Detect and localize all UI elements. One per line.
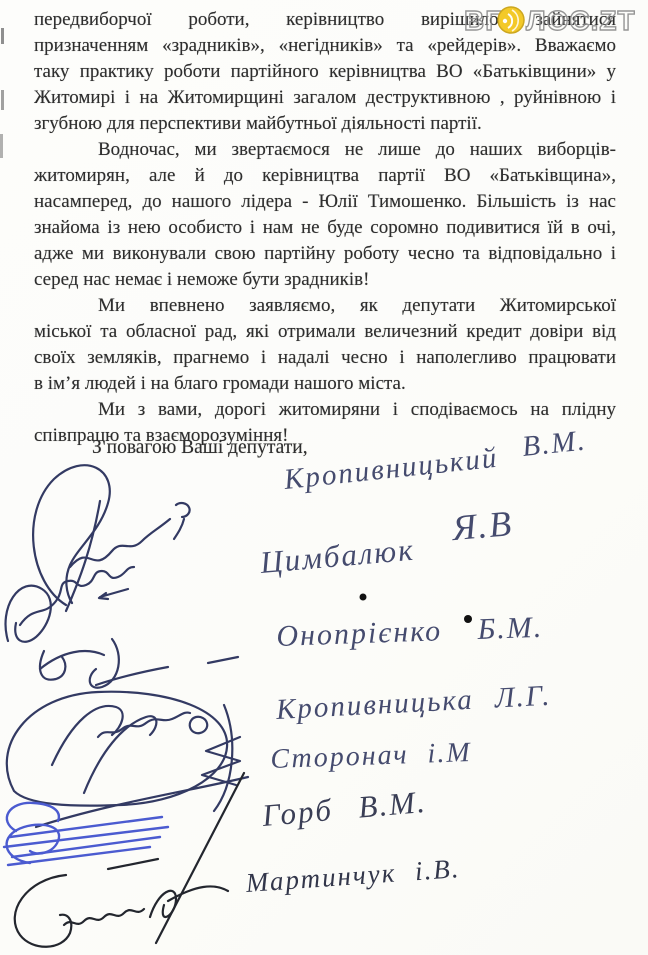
closing-line: З повагою Ваші депутати, bbox=[92, 437, 308, 459]
scan-artifact bbox=[1, 28, 4, 44]
signature-scribble-5 bbox=[108, 859, 158, 869]
document-line: Житомирі і на Житомирщині загалом дестру… bbox=[34, 85, 616, 111]
document-line: своїх земляків, прагнемо і надалі чесно … bbox=[34, 345, 616, 371]
signature-scribble-3 bbox=[40, 651, 104, 669]
signature-initials: і.М bbox=[427, 737, 472, 771]
watermark-text-suffix: ЛОС.ZT bbox=[526, 5, 636, 36]
signature-scribble-1 bbox=[33, 465, 110, 605]
signature-scribble-4 bbox=[214, 705, 232, 811]
document-line: Водночас, ми звертаємося не лише до наши… bbox=[34, 137, 616, 163]
letter-body: передвиборчої роботи, керівництво виріши… bbox=[34, 7, 616, 449]
signature-initials: Б.М. bbox=[477, 611, 544, 647]
signature-surname: Онопрієнко bbox=[276, 614, 443, 654]
signature-scribble-5 bbox=[156, 773, 244, 943]
document-line: серед нас немає і неможе бути зрадників! bbox=[34, 267, 616, 293]
signature-scribble-1 bbox=[66, 501, 100, 611]
sound-waves-icon bbox=[498, 7, 524, 33]
handwritten-signature-5: Сторонач і.М bbox=[270, 737, 472, 776]
document-line: знайома із нею особисто і нам не буде со… bbox=[34, 215, 616, 241]
signature-scribble-5 bbox=[150, 891, 176, 917]
signature-scribble-3 bbox=[208, 657, 238, 663]
document-line: Ми з вами, дорогі житомиряни і сподіваєм… bbox=[34, 397, 616, 423]
signature-scribble-5 bbox=[15, 875, 72, 947]
signature-surname: Мартинчук bbox=[245, 858, 397, 899]
signature-initials: Л.Г. bbox=[494, 680, 552, 716]
signature-scribble-2 bbox=[6, 586, 51, 642]
watermark-text-prefix: ВГ bbox=[464, 5, 502, 36]
signature-scribble-4 bbox=[84, 716, 156, 793]
signature-scribble-2 bbox=[20, 567, 134, 625]
document-line: таку практику роботи партійного керівниц… bbox=[34, 59, 616, 85]
signature-surname: Кропивницький bbox=[283, 442, 500, 497]
signature-scribble-5 bbox=[168, 886, 228, 901]
scanned-letter-page: передвиборчої роботи, керівництво виріши… bbox=[0, 0, 648, 955]
signature-surname: Кропивницька bbox=[275, 684, 474, 727]
document-line: в ім’я людей і на благо громади нашого м… bbox=[34, 371, 616, 397]
signature-scribble-blue bbox=[8, 847, 150, 865]
handwritten-signature-3: Онопрієнко Б.М. bbox=[276, 611, 544, 654]
handwritten-signature-2: Цимбалюк Я.В bbox=[258, 518, 516, 582]
signature-initials: Я.В bbox=[451, 502, 515, 549]
signature-initials: В.М. bbox=[357, 784, 428, 826]
signature-scribble-5 bbox=[64, 909, 144, 925]
handwritten-signature-6: Горб В.М. bbox=[261, 784, 428, 834]
document-line: насамперед, до нашого лідера - Юлії Тимо… bbox=[34, 189, 616, 215]
signature-scribble-4 bbox=[190, 717, 207, 733]
signature-scribble-2 bbox=[99, 589, 128, 599]
signature-scribble-3 bbox=[40, 651, 65, 680]
signature-surname: Сторонач bbox=[270, 739, 409, 776]
signature-scribble-1 bbox=[174, 519, 184, 539]
signature-scribble-blue bbox=[7, 825, 60, 863]
scan-artifact bbox=[1, 90, 4, 110]
handwritten-signature-4: Кропивницька Л.Г. bbox=[275, 680, 552, 727]
document-line: Ми впевнено заявляємо, як депутати Житом… bbox=[34, 293, 616, 319]
watermark: ВГ ЛОС.ZT bbox=[462, 2, 648, 40]
scan-artifact bbox=[0, 134, 3, 158]
signature-surname: Горб bbox=[261, 792, 334, 834]
signature-scribble-4 bbox=[202, 737, 240, 785]
signature-scribble-4 bbox=[52, 706, 123, 765]
signature-scribble-3 bbox=[96, 667, 168, 685]
signature-initials: і.В. bbox=[414, 853, 462, 887]
document-line: міської та обласної рад, які отримали ве… bbox=[34, 319, 616, 345]
ink-dot bbox=[360, 594, 367, 601]
document-line: житомирян, але й до керівництва партії В… bbox=[34, 163, 616, 189]
signature-initials: В.М. bbox=[521, 424, 588, 464]
signature-scribble-1 bbox=[70, 519, 170, 567]
signature-scribble-blue bbox=[4, 827, 168, 847]
document-line: адже ми виконували свою партійну роботу … bbox=[34, 241, 616, 267]
signature-surname: Цимбалюк bbox=[259, 532, 416, 581]
signature-scribble-1 bbox=[176, 503, 190, 517]
signature-scribble-4 bbox=[98, 713, 190, 737]
signature-scribble-blue bbox=[12, 837, 160, 857]
signature-scribble-3 bbox=[90, 639, 119, 688]
signature-scribble-4 bbox=[7, 692, 227, 806]
document-line: згубною для перспективи майбутньої діяль… bbox=[34, 111, 616, 137]
signature-scribble-4 bbox=[36, 777, 248, 827]
handwritten-signature-7: Мартинчук і.В. bbox=[245, 853, 462, 899]
signature-scribble-blue bbox=[10, 817, 162, 837]
signature-scribble-blue bbox=[7, 803, 59, 831]
